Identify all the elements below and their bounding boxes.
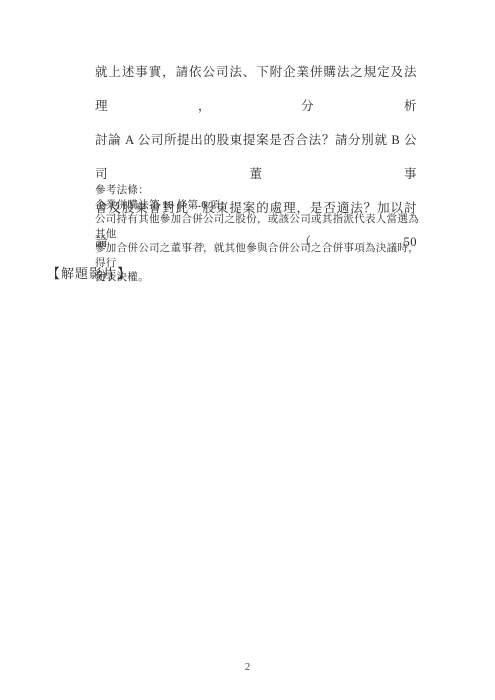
reference-line: 公司持有其他參加合併公司之股份，或該公司或其指派代表人當選為其他 — [95, 213, 429, 242]
reference-section: 參考法條： 企業併購法第 18 條第 6 項： 公司持有其他參加合併公司之股份，… — [95, 184, 429, 286]
video-section-label: 【解題影片】 — [47, 263, 131, 282]
question-line: 就上述事實，請依公司法、下附企業併購法之規定及法理，分析 — [95, 55, 417, 123]
document-page: 就上述事實，請依公司法、下附企業併購法之規定及法理，分析 討論 A 公司所提出的… — [0, 0, 495, 700]
reference-line: 使表決權。 — [95, 271, 429, 286]
reference-heading: 參考法條： — [95, 184, 429, 199]
reference-line: 參加合併公司之董事者，就其他參與合併公司之合併事項為決議時，得行 — [95, 242, 429, 271]
page-footer: 2 — [0, 662, 495, 673]
question-line: 討論 A 公司所提出的股東提案是否合法？請分別就 B 公司董事 — [95, 123, 417, 191]
reference-statute-title: 企業併購法第 18 條第 6 項： — [95, 199, 429, 214]
page-number: 2 — [245, 662, 250, 673]
